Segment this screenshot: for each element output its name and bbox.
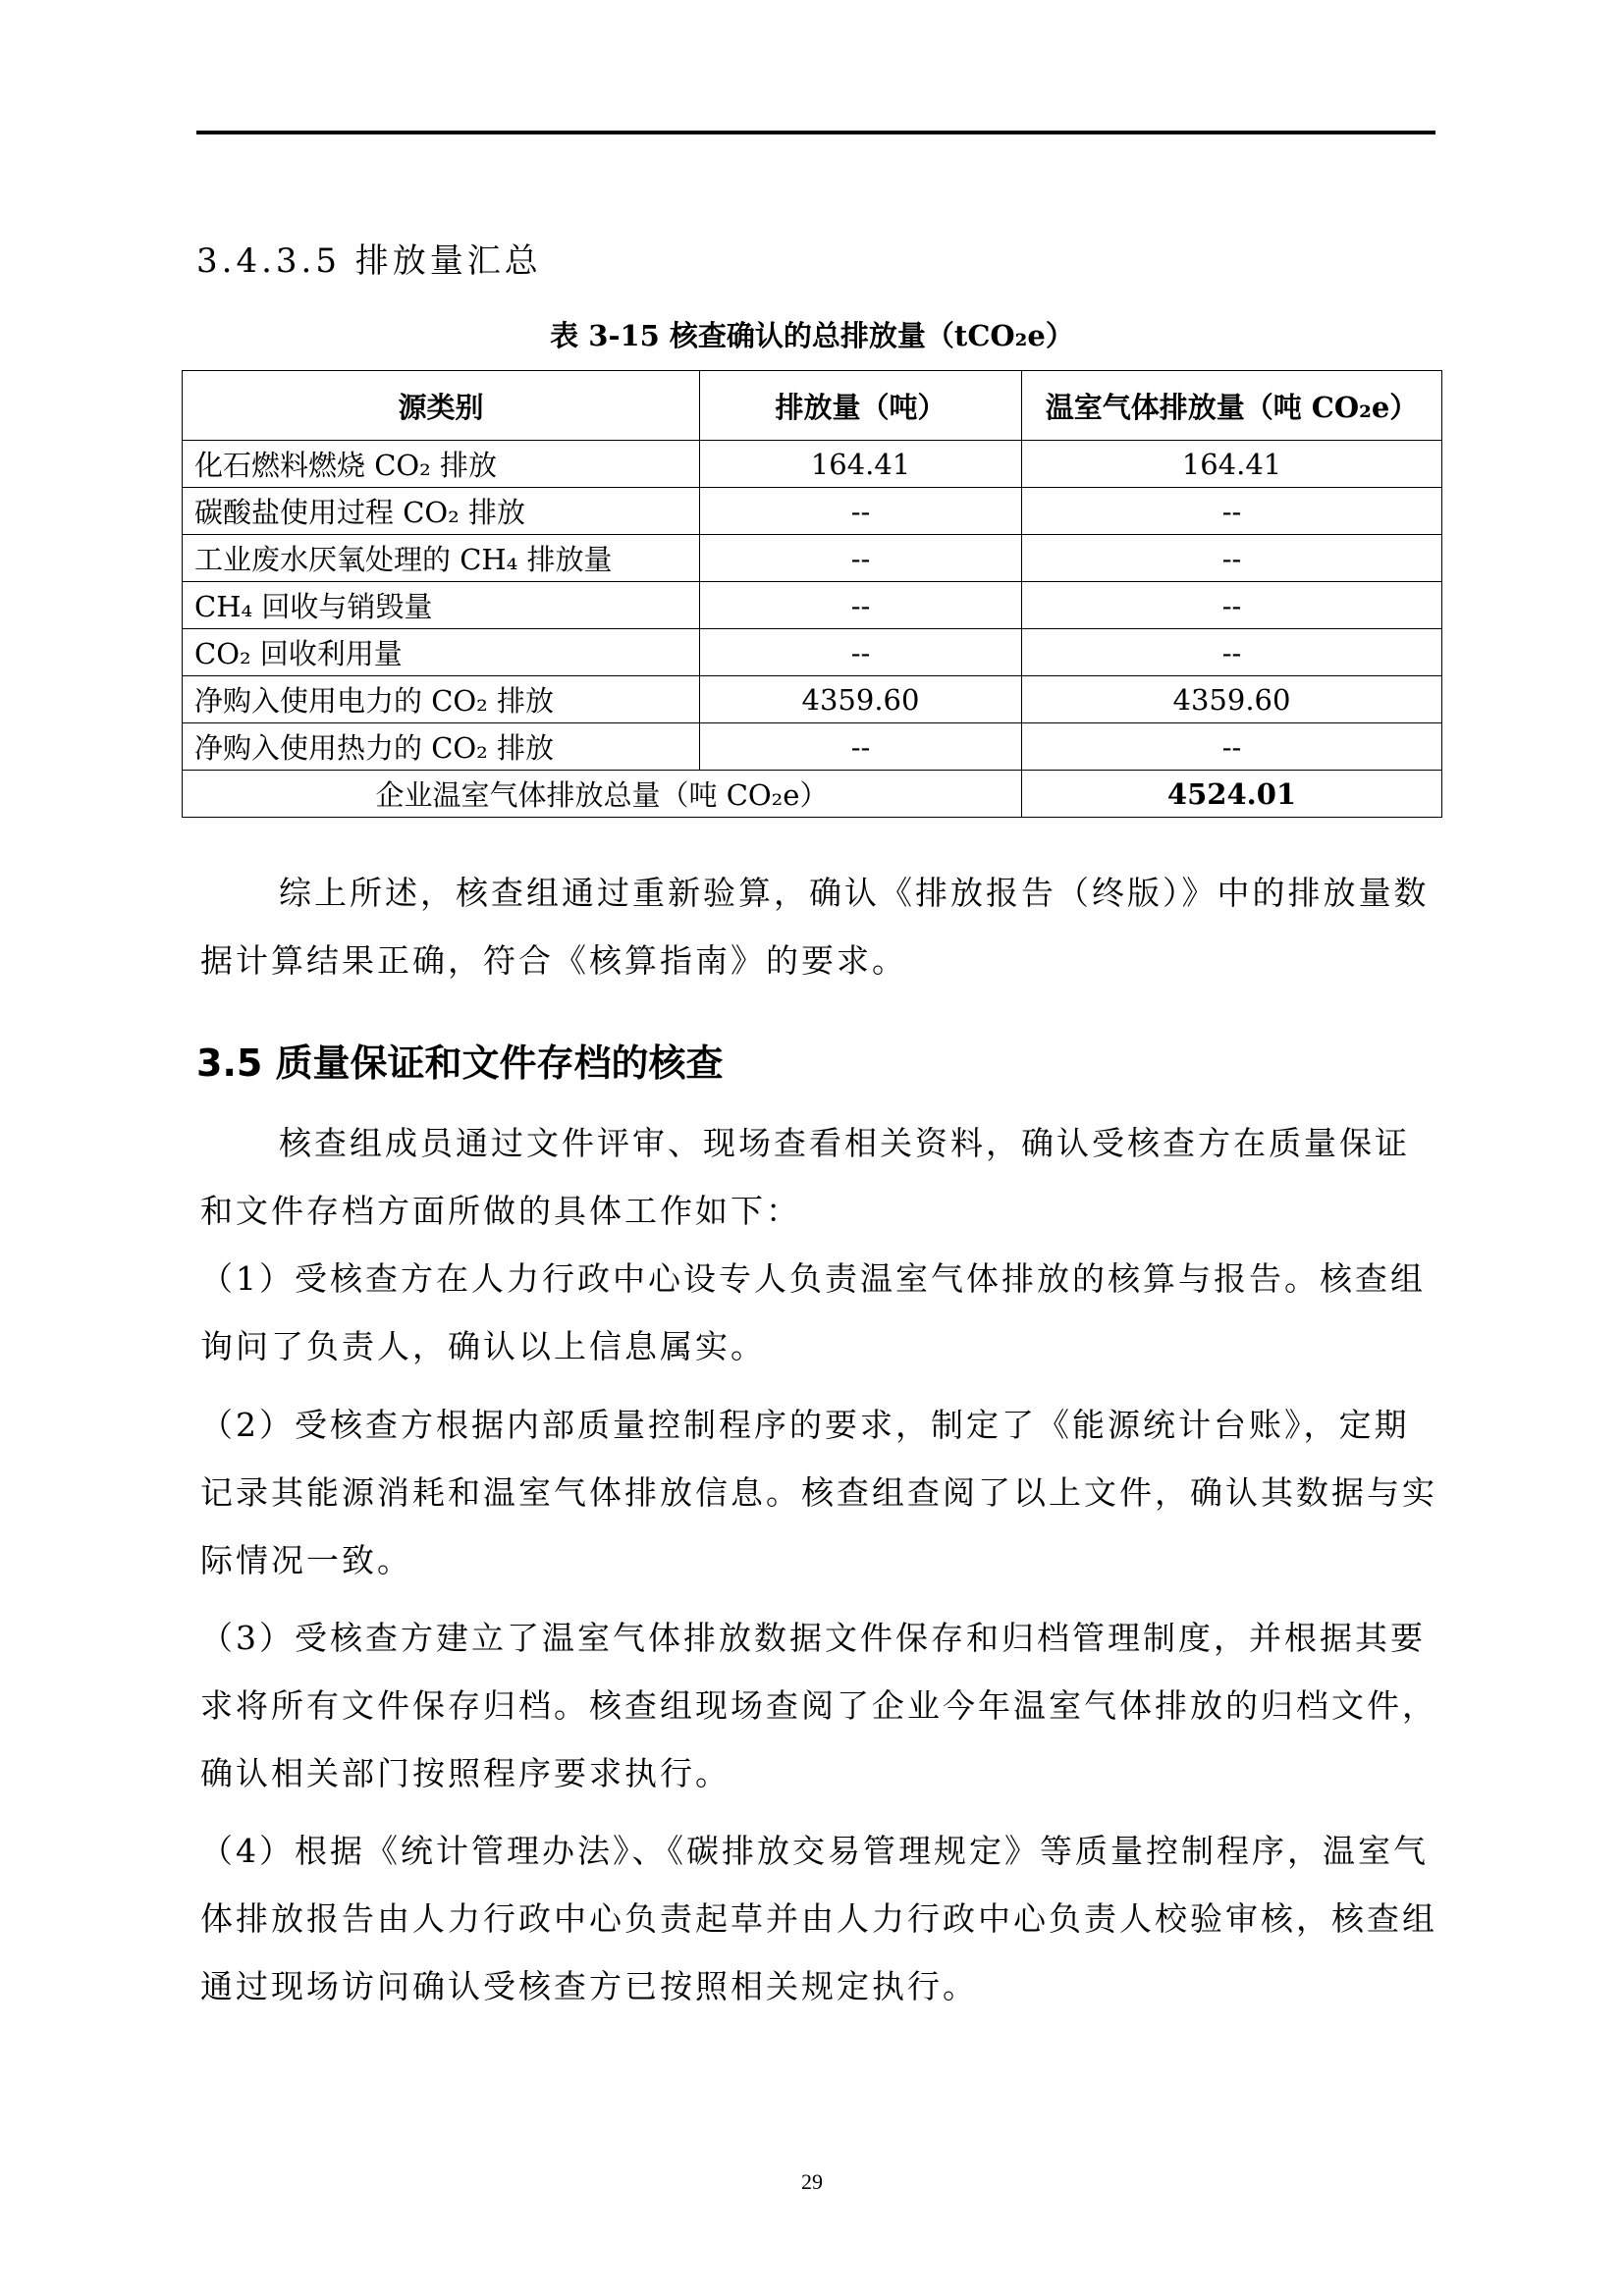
col-header-source: 源类别 (183, 371, 700, 441)
cell-source: 碳酸盐使用过程 CO₂ 排放 (183, 488, 700, 535)
cell-source: CH₄ 回收与销毁量 (183, 582, 700, 629)
cell-ghg: 4359.60 (1022, 676, 1442, 723)
table-caption: 表 3-15 核查确认的总排放量（tCO₂e） (0, 314, 1624, 354)
cell-source: 净购入使用电力的 CO₂ 排放 (183, 676, 700, 723)
cell-ghg: -- (1022, 629, 1442, 676)
cell-ghg: -- (1022, 582, 1442, 629)
table-row: 化石燃料燃烧 CO₂ 排放 164.41 164.41 (183, 441, 1442, 488)
cell-ghg: -- (1022, 723, 1442, 771)
table-row: 工业废水厌氧处理的 CH₄ 排放量 -- -- (183, 535, 1442, 582)
cell-ghg: -- (1022, 488, 1442, 535)
table-row: CH₄ 回收与销毁量 -- -- (183, 582, 1442, 629)
page-number: 29 (0, 2169, 1624, 2195)
cell-emission: -- (700, 582, 1022, 629)
cell-source: CO₂ 回收利用量 (183, 629, 700, 676)
cell-emission: 164.41 (700, 441, 1022, 488)
cell-ghg: 164.41 (1022, 441, 1442, 488)
table-row: 净购入使用热力的 CO₂ 排放 -- -- (183, 723, 1442, 771)
table-row: CO₂ 回收利用量 -- -- (183, 629, 1442, 676)
cell-source: 工业废水厌氧处理的 CH₄ 排放量 (183, 535, 700, 582)
cell-emission: -- (700, 488, 1022, 535)
col-header-emission: 排放量（吨） (700, 371, 1022, 441)
cell-emission: -- (700, 629, 1022, 676)
section-heading: 3.4.3.5 排放量汇总 (196, 234, 542, 282)
cell-emission: -- (700, 723, 1022, 771)
conclusion-paragraph: 综上所述，核查组通过重新验算，确认《排放报告（终版）》中的排放量数据计算结果正确… (200, 859, 1439, 994)
cell-source: 化石燃料燃烧 CO₂ 排放 (183, 441, 700, 488)
total-value: 4524.01 (1022, 771, 1442, 818)
list-item-2: （2）受核查方根据内部质量控制程序的要求，制定了《能源统计台账》，定期记录其能源… (200, 1391, 1439, 1594)
cell-ghg: -- (1022, 535, 1442, 582)
header-rule (196, 131, 1435, 134)
list-item-4: （4）根据《统计管理办法》、《碳排放交易管理规定》等质量控制程序，温室气体排放报… (200, 1817, 1439, 2020)
col-header-ghg: 温室气体排放量（吨 CO₂e） (1022, 371, 1442, 441)
cell-source: 净购入使用热力的 CO₂ 排放 (183, 723, 700, 771)
emissions-summary-table: 源类别 排放量（吨） 温室气体排放量（吨 CO₂e） 化石燃料燃烧 CO₂ 排放… (182, 370, 1442, 818)
table-header-row: 源类别 排放量（吨） 温室气体排放量（吨 CO₂e） (183, 371, 1442, 441)
list-item-1: （1）受核查方在人力行政中心设专人负责温室气体排放的核算与报告。核查组询问了负责… (200, 1245, 1439, 1380)
section-3-5-title: 3.5 质量保证和文件存档的核查 (196, 1033, 724, 1087)
table-total-row: 企业温室气体排放总量（吨 CO₂e） 4524.01 (183, 771, 1442, 818)
table-row: 碳酸盐使用过程 CO₂ 排放 -- -- (183, 488, 1442, 535)
cell-emission: -- (700, 535, 1022, 582)
table-row: 净购入使用电力的 CO₂ 排放 4359.60 4359.60 (183, 676, 1442, 723)
total-label: 企业温室气体排放总量（吨 CO₂e） (183, 771, 1022, 818)
cell-emission: 4359.60 (700, 676, 1022, 723)
list-item-3: （3）受核查方建立了温室气体排放数据文件保存和归档管理制度，并根据其要求将所有文… (200, 1604, 1439, 1807)
intro-paragraph: 核查组成员通过文件评审、现场查看相关资料，确认受核查方在质量保证和文件存档方面所… (200, 1109, 1439, 1245)
